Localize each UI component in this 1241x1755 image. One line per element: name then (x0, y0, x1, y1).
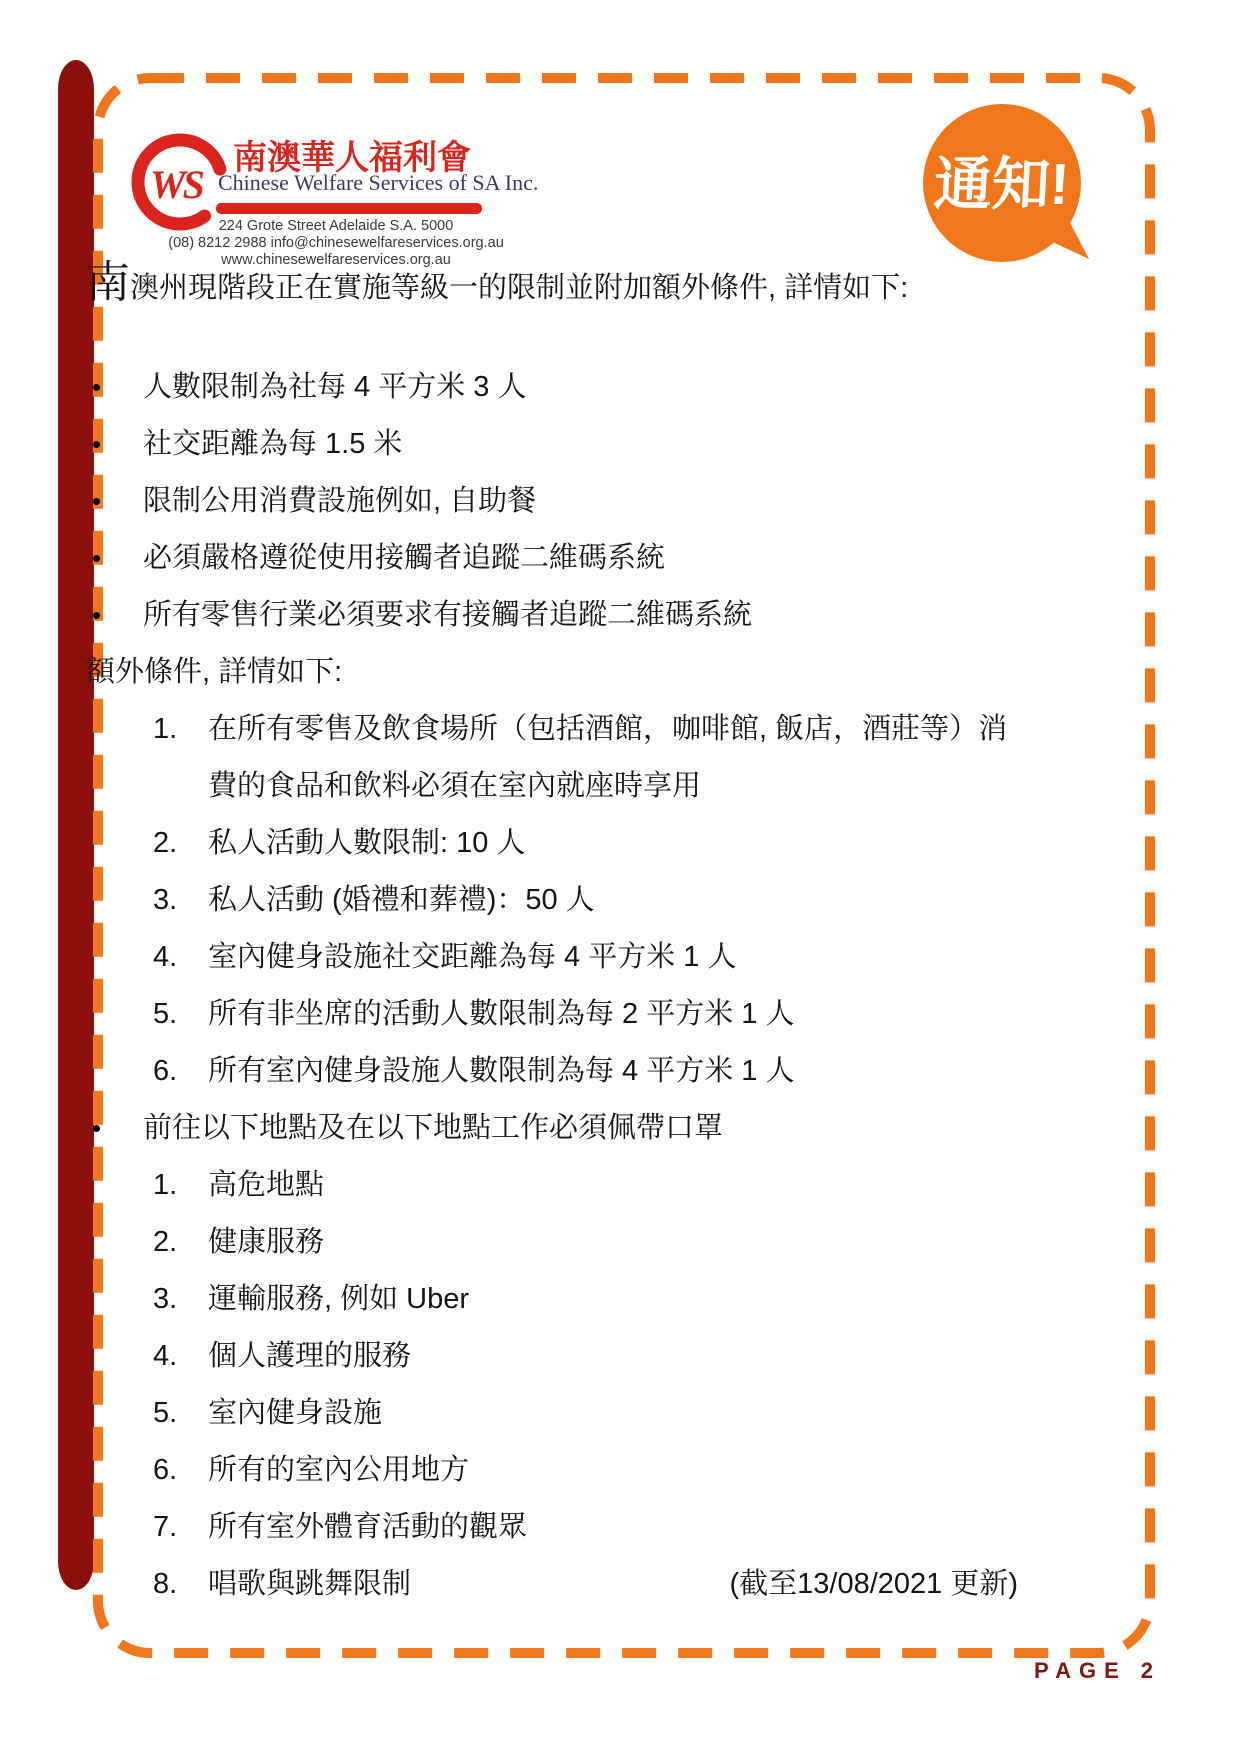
mask-bullet-list: 前往以下地點及在以下地點工作必須佩帶口罩 (86, 1100, 1018, 1157)
bullet-icon (86, 587, 143, 644)
list-item: 社交距離為每 1.5 米 (86, 416, 1018, 473)
list-item: 所有零售行業必須要求有接觸者追蹤二維碼系統 (86, 587, 1018, 644)
list-item: 人數限制為社每 4 平方米 3 人 (86, 359, 1018, 416)
org-name-en: Chinese Welfare Services of SA Inc. (218, 170, 538, 196)
notice-body: 南澳州現階段正在實施等級一的限制並附加額外條件, 詳情如下: 人數限制為社每 4… (86, 260, 1018, 1613)
item-text: 私人活動人數限制: 10 人 (208, 815, 1018, 872)
badge-text: 通知! (932, 152, 1071, 217)
bullet-text: 必須嚴格遵從使用接觸者追蹤二維碼系統 (143, 530, 665, 587)
item-number: 3. (153, 1271, 208, 1328)
item-text: 私人活動 (婚禮和葬禮)：50 人 (208, 872, 1018, 929)
item-number: 1. (153, 1157, 208, 1214)
list-item: 限制公用消費設施例如, 自助餐 (86, 473, 1018, 530)
list-item: 前往以下地點及在以下地點工作必須佩帶口罩 (86, 1100, 1018, 1157)
bullet-icon (86, 359, 143, 416)
intro-paragraph: 南澳州現階段正在實施等級一的限制並附加額外條件, 詳情如下: (86, 260, 1018, 317)
list-item: 1.在所有零售及飲食場所（包括酒館，咖啡館, 飯店，酒莊等）消費的食品和飲料必須… (153, 701, 1018, 815)
bullet-text: 前往以下地點及在以下地點工作必須佩帶口罩 (143, 1100, 723, 1157)
logo-monogram: WS (150, 162, 204, 207)
update-note: (截至13/08/2021 更新) (729, 1556, 1018, 1613)
list-item: 2.私人活動人數限制: 10 人 (153, 815, 1018, 872)
notice-badge: 通知! (918, 100, 1098, 275)
list-item: 必須嚴格遵從使用接觸者追蹤二維碼系統 (86, 530, 1018, 587)
item-number: 8. (153, 1556, 208, 1613)
item-text: 在所有零售及飲食場所（包括酒館，咖啡館, 飯店，酒莊等）消費的食品和飲料必須在室… (208, 701, 1018, 815)
bullet-text: 所有零售行業必須要求有接觸者追蹤二維碼系統 (143, 587, 752, 644)
item-number: 1. (153, 701, 208, 815)
extra-conditions-list: 1.在所有零售及飲食場所（包括酒館，咖啡館, 飯店，酒莊等）消費的食品和飲料必須… (86, 701, 1018, 1100)
intro-dropcap: 南 (86, 258, 130, 307)
page-footer: PAGE2 (1034, 1658, 1153, 1684)
item-number: 4. (153, 1328, 208, 1385)
list-item: 3.私人活動 (婚禮和葬禮)：50 人 (153, 872, 1018, 929)
mask-locations-list: 1.高危地點 2.健康服務 3.運輸服務, 例如 Uber 4.個人護理的服務 … (86, 1157, 1018, 1613)
item-text: 所有非坐席的活動人數限制為每 2 平方米 1 人 (208, 986, 1018, 1043)
address-line-1: 224 Grote Street Adelaide S.A. 5000 (116, 218, 556, 235)
bullet-text: 人數限制為社每 4 平方米 3 人 (143, 359, 527, 416)
bullet-icon (86, 416, 143, 473)
bullet-icon (86, 1100, 143, 1157)
item-text: 健康服務 (208, 1214, 1018, 1271)
list-item: 7.所有室外體育活動的觀眾 (153, 1499, 1018, 1556)
list-item: 6.所有室內健身設施人數限制為每 4 平方米 1 人 (153, 1043, 1018, 1100)
item-text: 唱歌與跳舞限制 (208, 1556, 729, 1613)
item-number: 2. (153, 815, 208, 872)
notice-page: WS 南澳華人福利會 Chinese Welfare Services of S… (0, 0, 1241, 1755)
item-text: 所有室外體育活動的觀眾 (208, 1499, 1018, 1556)
list-item: 8.唱歌與跳舞限制(截至13/08/2021 更新) (153, 1556, 1018, 1613)
list-item: 4.個人護理的服務 (153, 1328, 1018, 1385)
item-text: 個人護理的服務 (208, 1328, 1018, 1385)
list-item: 5.所有非坐席的活動人數限制為每 2 平方米 1 人 (153, 986, 1018, 1043)
item-number: 4. (153, 929, 208, 986)
bullet-text: 限制公用消費設施例如, 自助餐 (143, 473, 536, 530)
item-number: 6. (153, 1442, 208, 1499)
item-number: 7. (153, 1499, 208, 1556)
page-number: 2 (1141, 1658, 1153, 1683)
intro-text: 澳州現階段正在實施等級一的限制並附加額外條件, 詳情如下: (130, 272, 908, 304)
item-text: 高危地點 (208, 1157, 1018, 1214)
address-line-2: (08) 8212 2988 info@chinesewelfareservic… (116, 235, 556, 252)
list-item: 1.高危地點 (153, 1157, 1018, 1214)
item-number: 5. (153, 986, 208, 1043)
item-text: 所有室內健身設施人數限制為每 4 平方米 1 人 (208, 1043, 1018, 1100)
restrictions-bullet-list: 人數限制為社每 4 平方米 3 人 社交距離為每 1.5 米 限制公用消費設施例… (86, 359, 1018, 644)
item-text: 運輸服務, 例如 Uber (208, 1271, 1018, 1328)
item-number: 6. (153, 1043, 208, 1100)
list-item: 3.運輸服務, 例如 Uber (153, 1271, 1018, 1328)
item-text: 室內健身設施 (208, 1385, 1018, 1442)
bullet-text: 社交距離為每 1.5 米 (143, 416, 402, 473)
list-item: 4.室內健身設施社交距離為每 4 平方米 1 人 (153, 929, 1018, 986)
item-text: 室內健身設施社交距離為每 4 平方米 1 人 (208, 929, 1018, 986)
item-number: 5. (153, 1385, 208, 1442)
list-item: 5.室內健身設施 (153, 1385, 1018, 1442)
page-label: PAGE (1034, 1658, 1127, 1683)
item-text: 所有的室內公用地方 (208, 1442, 1018, 1499)
item-number: 3. (153, 872, 208, 929)
bullet-icon (86, 473, 143, 530)
item-number: 2. (153, 1214, 208, 1271)
bullet-icon (86, 530, 143, 587)
list-item: 2.健康服務 (153, 1214, 1018, 1271)
list-item: 6.所有的室內公用地方 (153, 1442, 1018, 1499)
extra-conditions-heading: 額外條件, 詳情如下: (86, 644, 1018, 701)
